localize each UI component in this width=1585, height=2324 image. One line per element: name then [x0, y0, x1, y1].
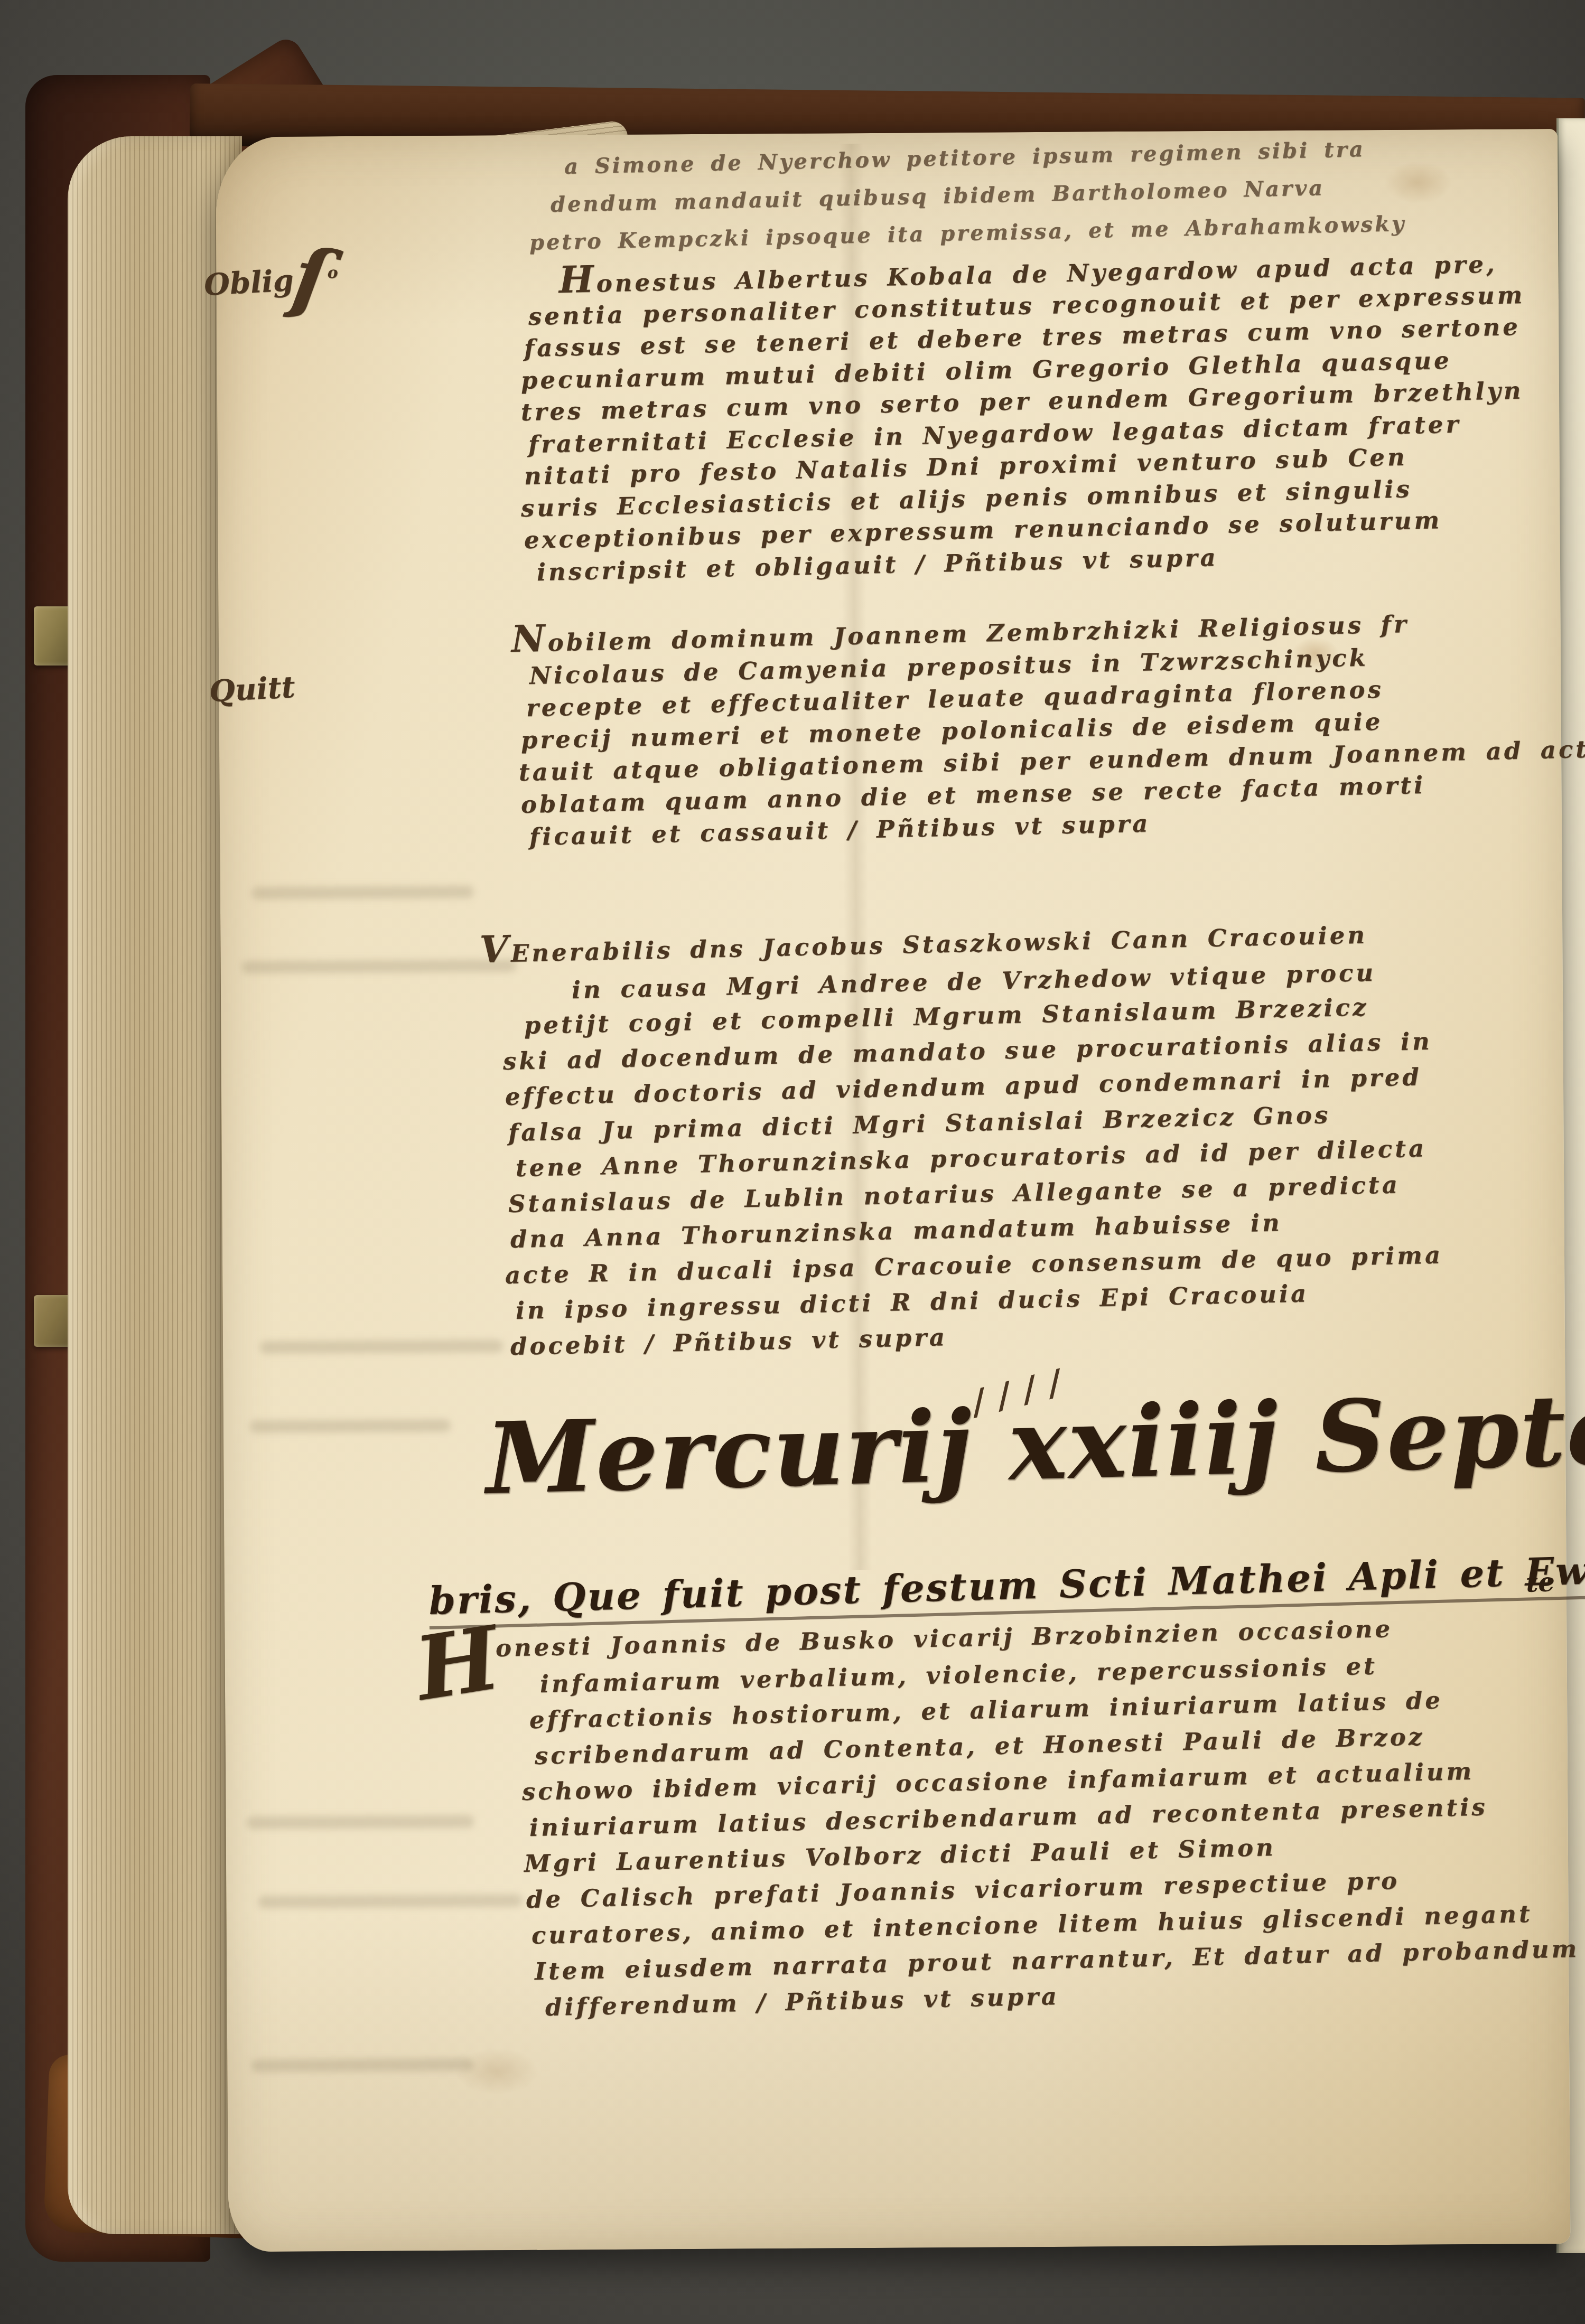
entry-initial-letter: V [479, 928, 511, 971]
heading-line-1: Mercurij xxiiij Septe [484, 1371, 1585, 1516]
heading-line-2: bris, Que fuit post festum Scti Mathei A… [428, 1547, 1585, 1629]
text-line: dendum mandauit quibusq ibidem Bartholom… [550, 175, 1325, 217]
text-line: Mgri Laurentius Volborz dicti Pauli et S… [524, 1833, 1276, 1878]
entry-busko-initial: H [409, 1606, 506, 1720]
margin-note-quittancia: Quitt [208, 670, 296, 709]
text-line: a Simone de Nyerchow petitore ipsum regi… [564, 137, 1365, 179]
margin-note-obligatio-label: Oblig [203, 263, 294, 303]
margin-note-quittancia-label: Quitt [208, 670, 296, 709]
heading-superscript: te [1525, 1566, 1555, 1598]
entry-initial-letter: H [558, 258, 597, 302]
text-line: petro Kempczki ipsoque ita premissa, et … [529, 211, 1406, 255]
margin-flourish: ſ [294, 275, 328, 280]
handwriting-layer: Obligſo Quitt a Simone de Nyerchow petit… [0, 0, 1585, 2324]
text-line: VEnerabilis dns Jacobus Staszkowski Cann… [479, 921, 1367, 968]
margin-note-obligatio: Obligſo [203, 260, 339, 302]
entry-initial-letter: N [511, 617, 548, 661]
text-line: differendum / Pñtibus vt supra [545, 1982, 1059, 2021]
text-line: docebit / Pñtibus vt supra [510, 1323, 947, 1361]
manuscript-scan: Obligſo Quitt a Simone de Nyerchow petit… [0, 0, 1585, 2324]
